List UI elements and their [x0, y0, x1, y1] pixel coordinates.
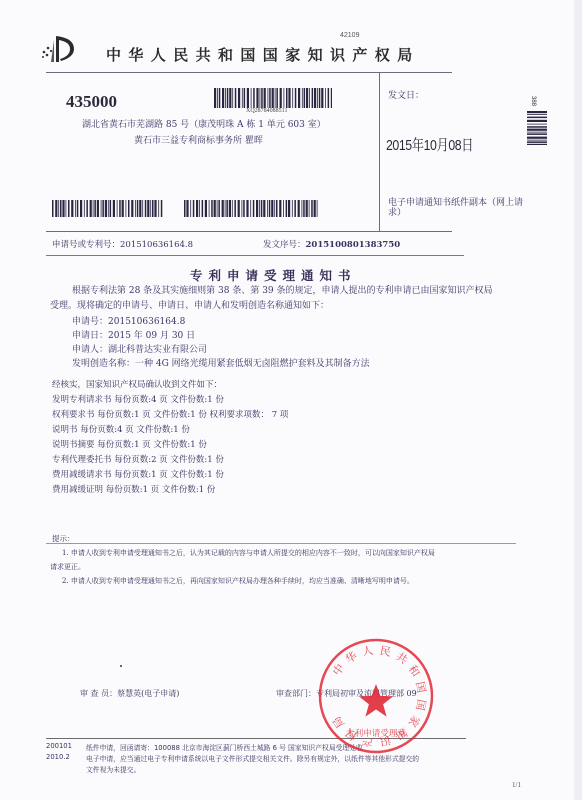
field-value: 2015 年 09 月 30 日: [108, 331, 195, 341]
barcode-icon: [527, 111, 547, 145]
org-name: 中华人民共和国国家知识产权局: [106, 44, 420, 65]
postcode: 435000: [66, 92, 117, 112]
svg-text:国: 国: [413, 698, 428, 711]
barcode-icon: [184, 200, 318, 217]
serial-number: 2015100801383750: [306, 240, 401, 250]
reviewer-name: 蔡慧英(电子申请): [117, 689, 179, 698]
tip-1: 1. 申请人收到专利申请受理通知书之后，认为其记载的内容与申请人所提交的相应内容…: [62, 548, 435, 558]
received-item: 权利要求书 每份页数:1 页 文件份数:1 份 权利要求项数： 7 项: [52, 408, 288, 423]
document-title: 专利申请受理通知书: [190, 266, 357, 284]
side-code: 388: [530, 96, 536, 106]
svg-text:华: 华: [343, 648, 360, 666]
received-item: 说明书摘要 每份页数:1 页 文件份数:1 份: [52, 438, 288, 453]
received-item: 发明专利请求书 每份页数:4 页 文件份数:1 份: [52, 393, 288, 408]
svg-text:家: 家: [406, 713, 424, 730]
issue-date-label: 发文日：: [388, 88, 424, 101]
cnipa-logo-icon: [40, 34, 76, 64]
received-documents: 经核实，国家知识产权局确认收到文件如下： 发明专利请求书 每份页数:4 页 文件…: [52, 378, 288, 498]
footer-text-2-cont: 文件视为未提交。: [86, 764, 140, 774]
footer-code-2: 2010.2: [46, 753, 70, 761]
svg-text:国: 国: [413, 681, 428, 694]
footer-code-1: 200101: [46, 742, 72, 750]
copy-note: 电子申请通知书纸件副本（网上请求）: [388, 198, 528, 218]
field-application-number: 申请号：201510636164.8: [72, 314, 185, 327]
svg-text:专利申请受理章: 专利申请受理章: [346, 728, 406, 739]
recipient-agency: 黄石市三益专利商标事务所 瞿晖: [134, 134, 263, 149]
barcode-caption: XQ28784088511: [246, 108, 287, 114]
received-item: 费用减缓请求书 每份页数:1 页 文件份数:1 份: [52, 468, 288, 483]
field-value: 湖北科普达实业有限公司: [108, 345, 207, 355]
svg-text:局: 局: [330, 714, 347, 730]
divider: [379, 73, 380, 232]
received-item: 专利代理委托书 每份页数:2 页 文件份数:1 份: [52, 453, 288, 468]
divider: [46, 255, 464, 256]
received-item: 费用减缓证明 每份页数:1 页 文件份数:1 份: [52, 483, 288, 498]
official-seal-icon: 中华人民共和国国家知识产权局专利申请受理章: [316, 634, 436, 762]
barcode-icon: [214, 88, 332, 108]
field-value: 一种 4G 网络光缆用紧套低烟无卤阻燃护套料及其制备方法: [135, 359, 370, 369]
department-label: 审查部门：: [276, 689, 316, 698]
recipient-address: 湖北省黄石市芜湖路 85 号（康茂明珠 A 栋 1 单元 603 室）: [82, 118, 326, 133]
field-value: 201510636164.8: [108, 317, 185, 327]
reviewer-label: 审 查 员：: [80, 689, 117, 698]
scan-speck: [120, 665, 122, 667]
intro-line-2: 受理。现将确定的申请号、申请日、申请人和发明创造名称通知如下：: [50, 299, 329, 314]
field-applicant: 申请人：湖北科普达实业有限公司: [72, 342, 207, 355]
issue-date: 2015年10月08日: [386, 134, 473, 155]
page-number: 1/1: [512, 781, 521, 789]
svg-text:民: 民: [379, 644, 392, 659]
application-number-label: 申请号或专利号：: [52, 240, 120, 250]
field-label: 申请号：: [72, 317, 108, 327]
field-label: 发明创造名称：: [72, 359, 135, 369]
divider: [46, 231, 452, 232]
received-item: 说明书 每份页数:4 页 文件份数:1 份: [52, 423, 288, 438]
field-invention-title: 发明创造名称：一种 4G 网络光缆用紧套低烟无卤阻燃护套料及其制备方法: [72, 356, 370, 369]
scan-edge: [574, 0, 582, 800]
application-number: 201510636164.8: [120, 240, 193, 250]
received-heading: 经核实，国家知识产权局确认收到文件如下：: [52, 378, 288, 393]
divider: [46, 543, 516, 544]
reviewer: 审 查 员：蔡慧英(电子申请): [80, 688, 179, 699]
serial-number-row: 发文序号：2015100801383750: [263, 238, 400, 250]
barcode-icon: [52, 200, 164, 217]
intro-line-1: 根据专利法第 28 条及其实施细则第 38 条、第 39 条的规定，申请人提出的…: [72, 284, 532, 299]
tip-1-cont: 请求更正。: [50, 562, 85, 572]
field-application-date: 申请日：2015 年 09 月 30 日: [72, 328, 195, 341]
divider: [46, 72, 452, 73]
serial-number-label: 发文序号：: [263, 240, 306, 250]
svg-text:中: 中: [329, 661, 347, 678]
tip-2: 2. 申请人收到专利申请受理通知书之后，再向国家知识产权局办理各种手续时，均应当…: [62, 576, 414, 586]
patent-acceptance-notice: 42109 中华人民共和国国家知识产权局 435000 XQ2878408851…: [0, 0, 582, 800]
svg-text:和: 和: [406, 663, 423, 679]
application-number-row: 申请号或专利号：201510636164.8: [52, 238, 193, 250]
field-label: 申请日：: [72, 331, 108, 341]
svg-text:人: 人: [361, 644, 374, 659]
field-label: 申请人：: [72, 345, 108, 355]
svg-text:共: 共: [393, 649, 410, 667]
header-code: 42109: [340, 32, 359, 39]
